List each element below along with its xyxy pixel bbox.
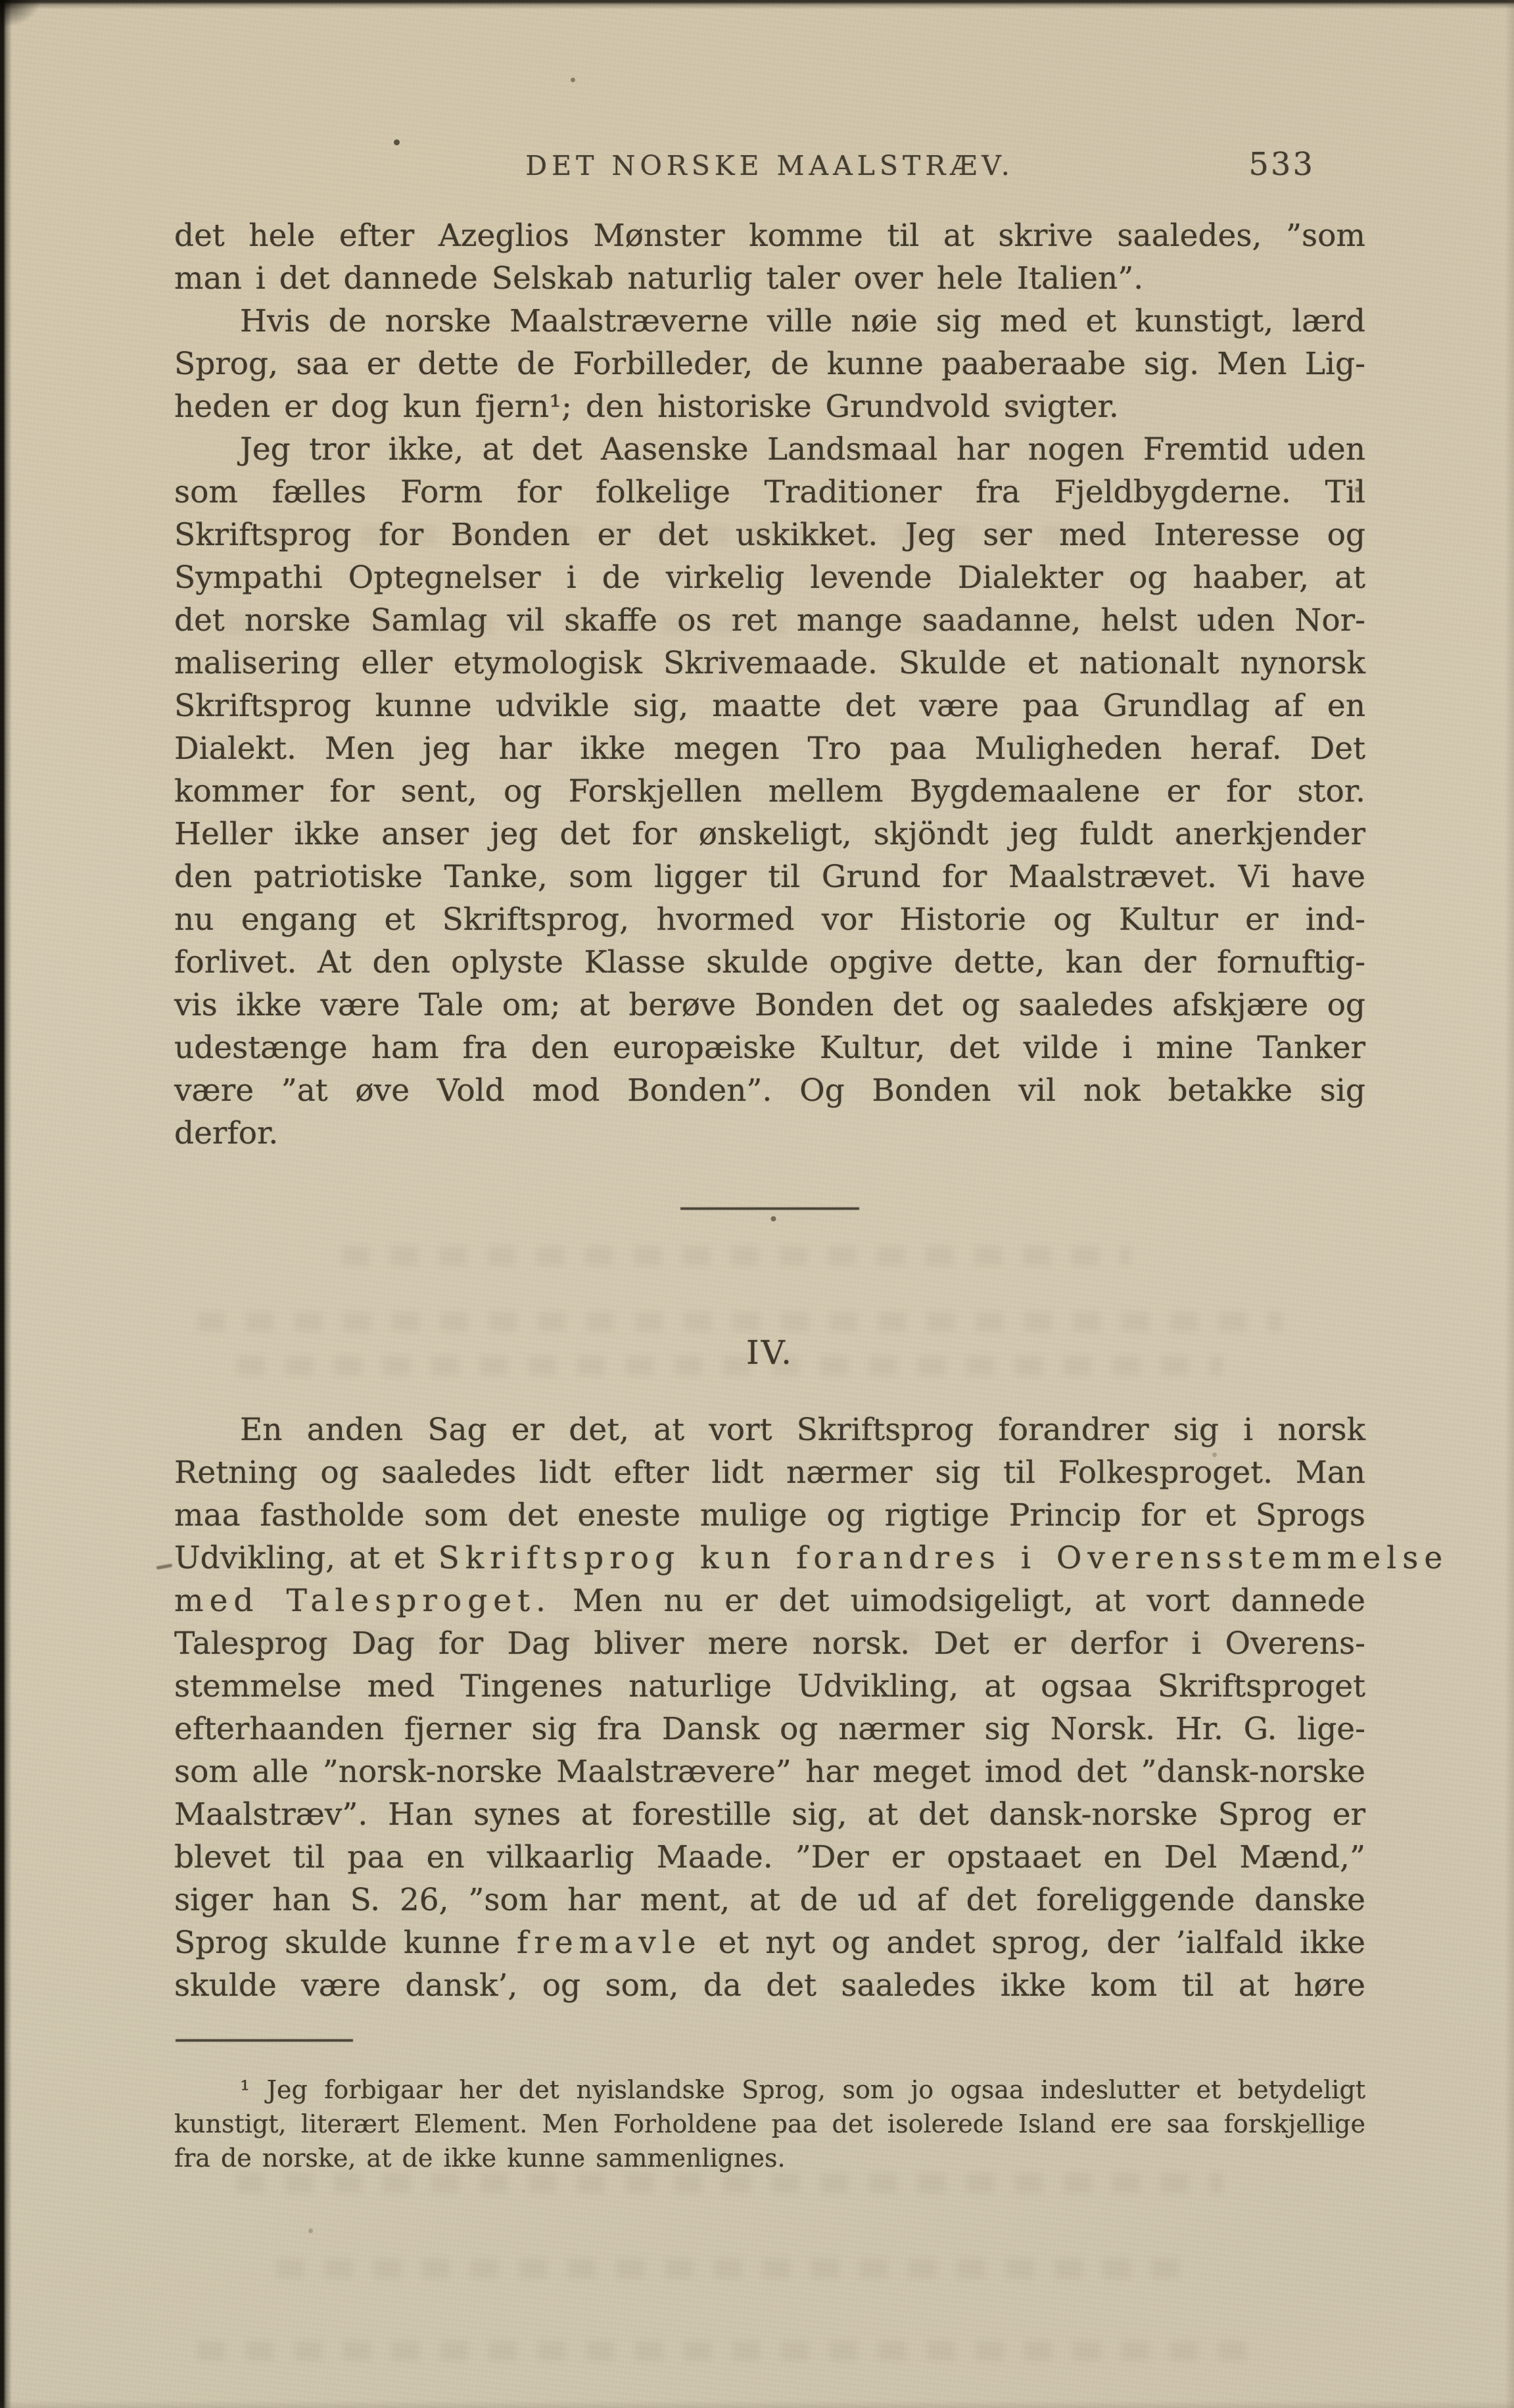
- text-segment: Hvis de norske Maalstræverne ville nøie …: [240, 303, 1365, 339]
- text-segment: Skriftsprog for Bonden er det uskikket. …: [174, 517, 1365, 553]
- text-segment: En anden Sag er det, at vort Skriftsprog…: [240, 1412, 1365, 1448]
- text-line: ¹ Jeg forbigaar her det nyislandske Spro…: [174, 2073, 1365, 2107]
- text-line: Hvis de norske Maalstræverne ville nøie …: [174, 300, 1365, 343]
- text-segment: Men nu er det uimodsigeligt, at vort dan…: [552, 1583, 1365, 1619]
- text-line: med Talesproget. Men nu er det uimodsige…: [174, 1579, 1365, 1622]
- text-line: som alle ”norsk-norske Maalstrævere” har…: [174, 1750, 1365, 1793]
- text-line: En anden Sag er det, at vort Skriftsprog…: [174, 1409, 1365, 1451]
- text-segment: Udvikling, at et: [174, 1540, 438, 1576]
- text-segment: vis ikke være Tale om; at berøve Bonden …: [174, 987, 1365, 1023]
- text-line: Maalstræv”. Han synes at forestille sig,…: [174, 1793, 1365, 1836]
- verso-showthrough: [197, 1312, 1282, 1332]
- text-line: Sprog skulde kunne fremavle et nyt og an…: [174, 1921, 1365, 1964]
- text-line: Sprog, saa er dette de Forbilleder, de k…: [174, 343, 1365, 385]
- text-segment: kommer for sent, og Forskjellen mellem B…: [174, 773, 1365, 809]
- paragraph: En anden Sag er det, at vort Skriftsprog…: [174, 1409, 1365, 2007]
- text-line: Talesprog Dag for Dag bliver mere norsk.…: [174, 1622, 1365, 1665]
- scan-edge-top: [0, 0, 1514, 9]
- text-line: den patriotiske Tanke, som ligger til Gr…: [174, 855, 1365, 898]
- text-segment: et nyt og andet sprog, der ’ialfald ikke: [702, 1925, 1365, 1961]
- text-segment: som fælles Form for folkelige Traditione…: [174, 474, 1365, 510]
- verso-showthrough: [342, 1246, 1131, 1266]
- text-segment: Sprog skulde kunne: [174, 1925, 517, 1961]
- verso-showthrough: [197, 2341, 1249, 2361]
- scan-edge-right: [1505, 0, 1514, 2408]
- text-segment: stemmelse med Tingenes naturlige Udvikli…: [174, 1668, 1365, 1704]
- text-line: som fælles Form for folkelige Traditione…: [174, 471, 1365, 514]
- text-segment: man i det dannede Selskab naturlig taler…: [174, 260, 1143, 297]
- section-iv-text-block: En anden Sag er det, at vort Skriftsprog…: [174, 1409, 1365, 2007]
- text-segment: Maalstræv”. Han synes at forestille sig,…: [174, 1796, 1365, 1833]
- text-line: det hele efter Azeglios Mønster komme ti…: [174, 214, 1365, 257]
- paragraph: det hele efter Azeglios Mønster komme ti…: [174, 214, 1365, 300]
- letterspaced-text: med Talesproget.: [174, 1583, 552, 1619]
- text-line: man i det dannede Selskab naturlig taler…: [174, 257, 1365, 300]
- text-segment: forlivet. At den oplyste Klasse skulde o…: [174, 944, 1365, 980]
- text-segment: kunstigt, literært Element. Men Forholde…: [174, 2109, 1365, 2138]
- text-line: malisering eller etymologisk Skrivemaade…: [174, 642, 1365, 685]
- text-segment: Jeg tror ikke, at det Aasenske Landsmaal…: [240, 431, 1365, 468]
- page-header: DET NORSKE MAALSTRÆV. 533: [174, 150, 1365, 189]
- text-line: kommer for sent, og Forskjellen mellem B…: [174, 770, 1365, 813]
- verso-showthrough: [276, 2259, 1196, 2278]
- text-line: stemmelse med Tingenes naturlige Udvikli…: [174, 1665, 1365, 1708]
- text-segment: Sympathi Optegnelser i de virkelig leven…: [174, 560, 1365, 596]
- text-line: det norske Samlag vil skaffe os ret mang…: [174, 599, 1365, 642]
- text-segment: Dialekt. Men jeg har ikke megen Tro paa …: [174, 731, 1365, 767]
- page-number: 533: [1248, 146, 1315, 183]
- section-heading: IV.: [174, 1334, 1365, 1372]
- text-segment: Sprog, saa er dette de Forbilleder, de k…: [174, 346, 1365, 382]
- text-segment: siger han S. 26, ”som har ment, at de ud…: [174, 1882, 1365, 1918]
- text-segment: Skriftsprog kunne udvikle sig, maatte de…: [174, 688, 1365, 724]
- text-segment: det norske Samlag vil skaffe os ret mang…: [174, 602, 1365, 638]
- scan-corner-shadow: [0, 0, 59, 39]
- scan-edge-left: [0, 0, 12, 2408]
- footnote-block: ¹ Jeg forbigaar her det nyislandske Spro…: [174, 2073, 1365, 2175]
- stray-pen-mark: [156, 1564, 173, 1570]
- text-segment: efterhaanden fjerner sig fra Dansk og næ…: [174, 1711, 1365, 1747]
- letterspaced-text: fremavle: [517, 1925, 702, 1961]
- text-segment: maa fastholde som det eneste mulige og r…: [174, 1497, 1365, 1533]
- paragraph: Hvis de norske Maalstræverne ville nøie …: [174, 300, 1365, 428]
- text-line: fra de norske, at de ikke kunne sammenli…: [174, 2141, 1365, 2175]
- text-line: skulde være dansk’, og som, da det saale…: [174, 1964, 1365, 2007]
- book-page-scan: DET NORSKE MAALSTRÆV. 533 det hele efter…: [0, 0, 1514, 2408]
- text-line: nu engang et Skriftsprog, hvormed vor Hi…: [174, 898, 1365, 941]
- text-line: siger han S. 26, ”som har ment, at de ud…: [174, 1879, 1365, 1921]
- text-segment: fra de norske, at de ikke kunne sammenli…: [174, 2144, 786, 2173]
- text-segment: blevet til paa en vilkaarlig Maade. ”Der…: [174, 1839, 1365, 1875]
- running-title: DET NORSKE MAALSTRÆV.: [174, 150, 1365, 181]
- text-line: vis ikke være Tale om; at berøve Bonden …: [174, 984, 1365, 1026]
- letterspaced-text: Skriftsprog kun forandres i Overensstemm…: [438, 1540, 1449, 1576]
- text-line: kunstigt, literært Element. Men Forholde…: [174, 2107, 1365, 2141]
- text-line: blevet til paa en vilkaarlig Maade. ”Der…: [174, 1836, 1365, 1879]
- paragraph: ¹ Jeg forbigaar her det nyislandske Spro…: [174, 2073, 1365, 2175]
- footnote-divider-rule: [176, 2039, 353, 2042]
- text-line: Retning og saaledes lidt efter lidt nærm…: [174, 1451, 1365, 1494]
- text-line: Heller ikke anser jeg det for ønskeligt,…: [174, 813, 1365, 855]
- text-line: heden er dog kun fjern¹; den historiske …: [174, 385, 1365, 428]
- text-segment: Heller ikke anser jeg det for ønskeligt,…: [174, 816, 1365, 852]
- text-segment: nu engang et Skriftsprog, hvormed vor Hi…: [174, 902, 1365, 938]
- text-line: Skriftsprog for Bonden er det uskikket. …: [174, 514, 1365, 556]
- text-segment: ¹ Jeg forbigaar her det nyislandske Spro…: [240, 2075, 1365, 2104]
- text-segment: Talesprog Dag for Dag bliver mere norsk.…: [174, 1625, 1365, 1662]
- text-line: udestænge ham fra den europæiske Kultur,…: [174, 1026, 1365, 1069]
- text-line: Skriftsprog kunne udvikle sig, maatte de…: [174, 685, 1365, 727]
- text-line: Dialekt. Men jeg har ikke megen Tro paa …: [174, 727, 1365, 770]
- scan-edge-bottom: [0, 2400, 1514, 2408]
- text-segment: heden er dog kun fjern¹; den historiske …: [174, 389, 1119, 425]
- text-line: Sympathi Optegnelser i de virkelig leven…: [174, 556, 1365, 599]
- text-line: være ”at øve Vold mod Bonden”. Og Bonden…: [174, 1069, 1365, 1112]
- text-line: Udvikling, at et Skriftsprog kun forandr…: [174, 1537, 1365, 1579]
- text-segment: det hele efter Azeglios Mønster komme ti…: [174, 218, 1365, 254]
- text-segment: som alle ”norsk-norske Maalstrævere” har…: [174, 1754, 1365, 1790]
- text-line: forlivet. At den oplyste Klasse skulde o…: [174, 941, 1365, 984]
- main-text-block: det hele efter Azeglios Mønster komme ti…: [174, 214, 1365, 1155]
- paragraph: Jeg tror ikke, at det Aasenske Landsmaal…: [174, 428, 1365, 1155]
- text-segment: Retning og saaledes lidt efter lidt nærm…: [174, 1455, 1365, 1491]
- text-line: derfor.: [174, 1112, 1365, 1155]
- section-divider-rule: [680, 1207, 859, 1210]
- ink-specks: [0, 0, 3, 3]
- text-segment: den patriotiske Tanke, som ligger til Gr…: [174, 859, 1365, 895]
- text-segment: være ”at øve Vold mod Bonden”. Og Bonden…: [174, 1072, 1365, 1109]
- text-line: efterhaanden fjerner sig fra Dansk og næ…: [174, 1708, 1365, 1750]
- text-line: maa fastholde som det eneste mulige og r…: [174, 1494, 1365, 1537]
- text-segment: malisering eller etymologisk Skrivemaade…: [174, 645, 1365, 681]
- text-segment: udestænge ham fra den europæiske Kultur,…: [174, 1030, 1365, 1066]
- text-segment: derfor.: [174, 1115, 278, 1151]
- text-line: Jeg tror ikke, at det Aasenske Landsmaal…: [174, 428, 1365, 471]
- text-segment: skulde være dansk’, og som, da det saale…: [174, 1967, 1365, 2004]
- verso-showthrough: [237, 2173, 1223, 2193]
